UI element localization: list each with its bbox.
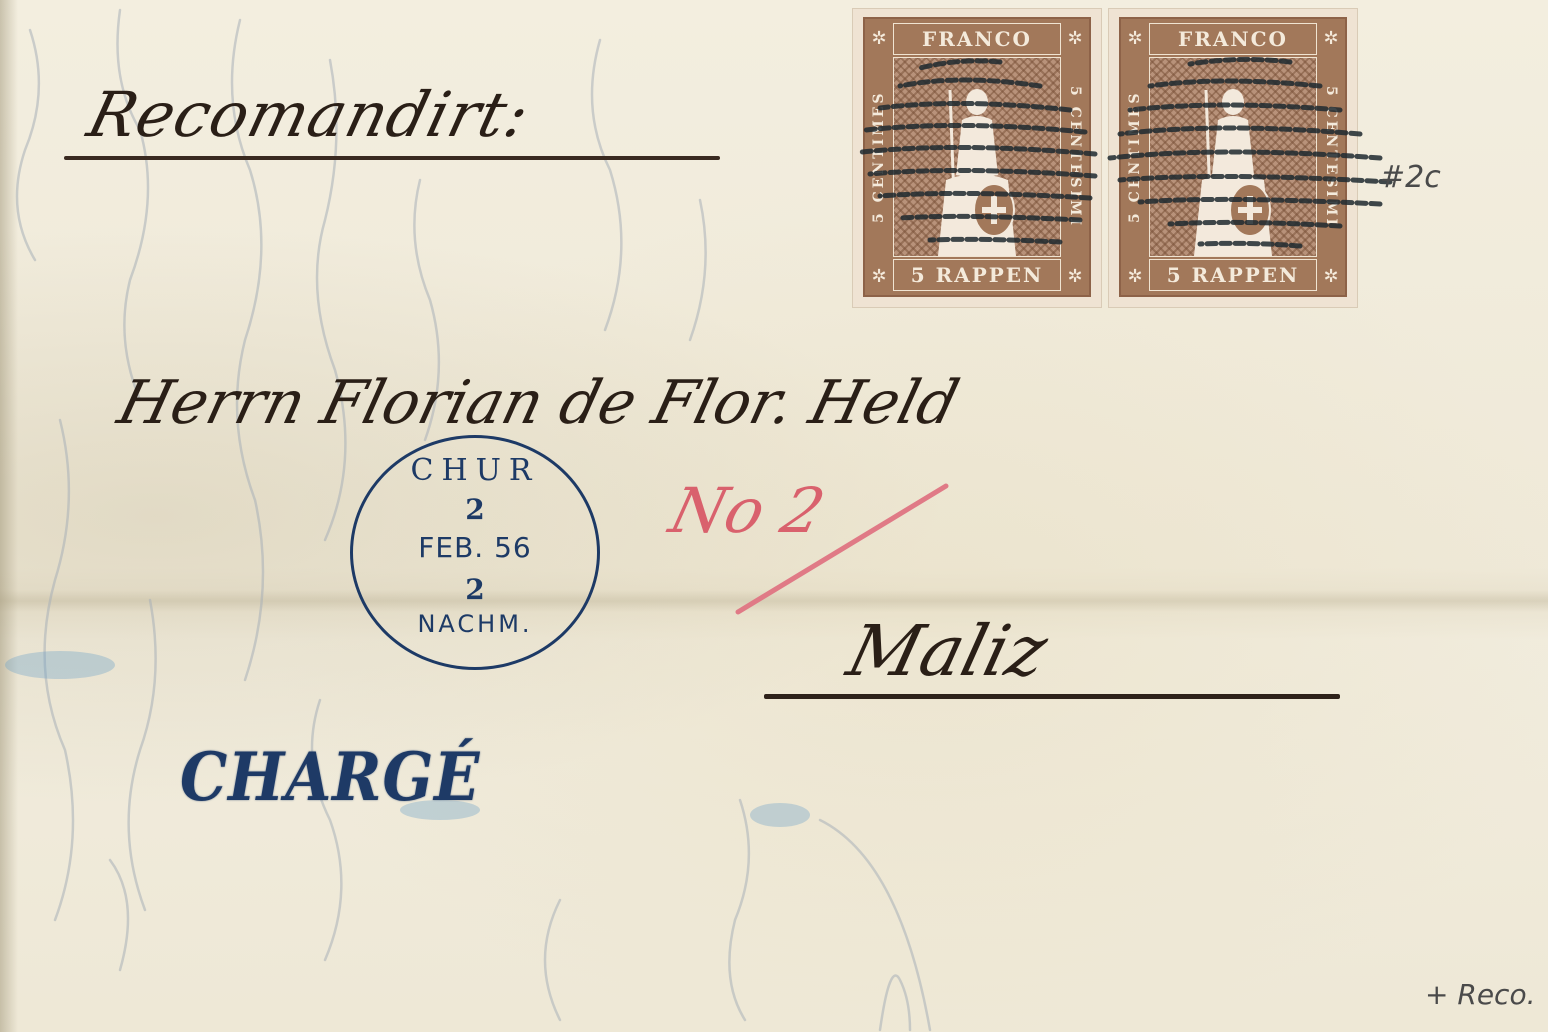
grid-cancel-icon — [0, 0, 1548, 1032]
postmark-hour: 2 — [350, 573, 600, 606]
postmark-time: NACHM. — [350, 610, 600, 638]
postmark-day: 2 — [350, 493, 600, 526]
pencil-note-reco: + Reco. — [1425, 978, 1535, 1011]
pencil-note-catalog: #2c — [1380, 160, 1441, 195]
postmark-date: FEB. 56 — [350, 531, 600, 564]
chur-postmark: CHUR 2 FEB. 56 2 NACHM. — [350, 435, 600, 670]
postmark-city: CHUR — [350, 453, 600, 488]
charge-handstamp: CHARGÉ — [180, 738, 480, 816]
